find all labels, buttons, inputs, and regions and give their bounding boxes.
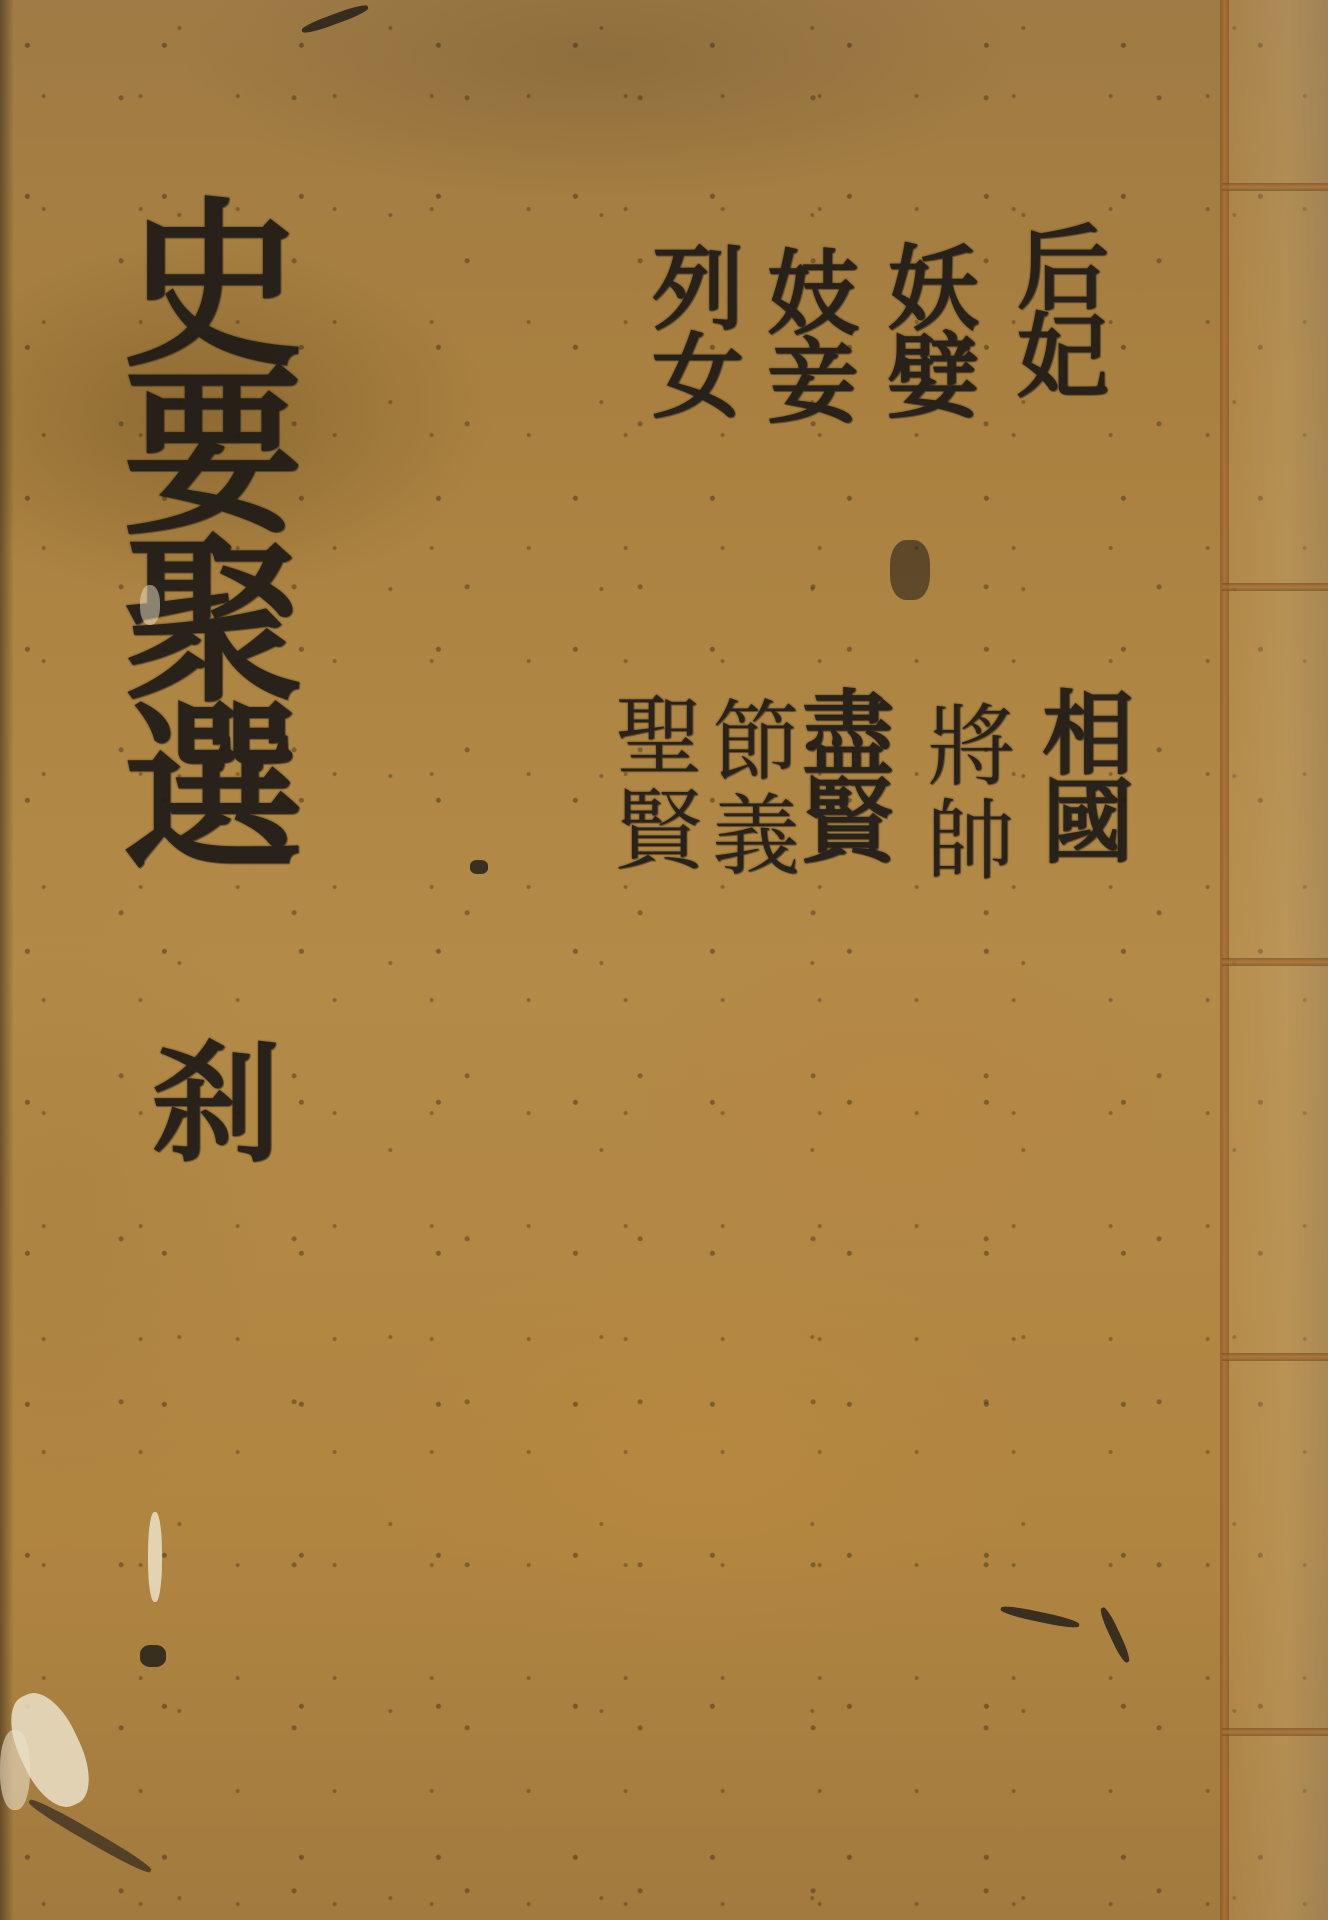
- title-suffix: 刹: [140, 1035, 270, 1165]
- binding-stitch: [1222, 183, 1328, 191]
- binding-stitch: [1222, 1353, 1328, 1361]
- category-jie-yi: 節義: [705, 695, 793, 883]
- paper-damage: [140, 585, 160, 625]
- category-lie-nu: 列女: [645, 240, 737, 416]
- book-title: 史要聚選: [108, 190, 288, 862]
- paper-damage: [148, 1512, 162, 1602]
- binding-stitch: [1222, 958, 1328, 966]
- book-cover: 史要聚選 刹 后妃 妖嬖 妓妾 列女 相國 將帥 盡賢 節義 聖賢: [0, 0, 1328, 1920]
- category-jin-xian: 盡賢: [795, 685, 887, 861]
- ink-dot: [140, 1645, 166, 1667]
- category-hou-fei: 后妃: [1010, 220, 1102, 396]
- left-edge-shadow: [0, 0, 14, 1920]
- category-xiang-guo: 相國: [1035, 685, 1127, 861]
- category-yao-bi: 妖嬖: [880, 240, 972, 416]
- category-jiang-shuai: 將帥: [920, 700, 1008, 888]
- binding-stitch: [1222, 1728, 1328, 1736]
- category-sheng-xian: 聖賢: [608, 690, 696, 878]
- category-ji-qie: 妓妾: [760, 245, 852, 421]
- paper-damage: [0, 1730, 30, 1810]
- ink-smudge: [890, 540, 930, 600]
- binding-stitch: [1222, 583, 1328, 591]
- ink-dot: [470, 860, 488, 874]
